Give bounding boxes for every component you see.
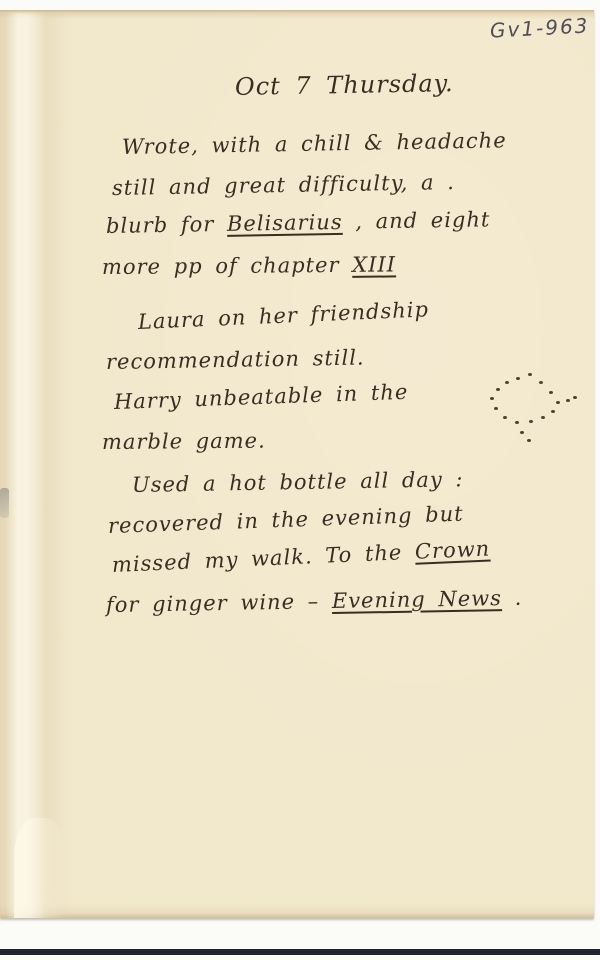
- doodle-dot: [527, 439, 531, 442]
- doodle-dot: [573, 396, 577, 399]
- doodle-dot: [515, 421, 519, 424]
- doodle-dot: [529, 420, 533, 423]
- doodle-dot: [494, 407, 498, 410]
- scan-background: Gv1-963 Oct 7 Thursday. Wrote, with a ch…: [0, 0, 600, 960]
- doodle-dot: [490, 397, 494, 400]
- marble-doodle: [0, 10, 594, 918]
- doodle-dot: [551, 410, 555, 413]
- doodle-dot: [503, 416, 507, 419]
- diary-page: Gv1-963 Oct 7 Thursday. Wrote, with a ch…: [0, 10, 594, 918]
- doodle-dot: [520, 431, 524, 434]
- doodle-dot: [528, 373, 532, 376]
- doodle-dot: [496, 388, 500, 391]
- doodle-dot: [505, 381, 509, 384]
- scanned-diary-screenshot: { "scan": { "paper_color": "#f2e8cc", "i…: [0, 0, 600, 960]
- doodle-dot: [556, 401, 560, 404]
- doodle-dot: [539, 381, 543, 384]
- scan-edge-line: [0, 949, 600, 955]
- doodle-dot: [516, 377, 520, 380]
- doodle-dot: [549, 391, 553, 394]
- doodle-dot: [566, 399, 570, 402]
- doodle-dot: [541, 416, 545, 419]
